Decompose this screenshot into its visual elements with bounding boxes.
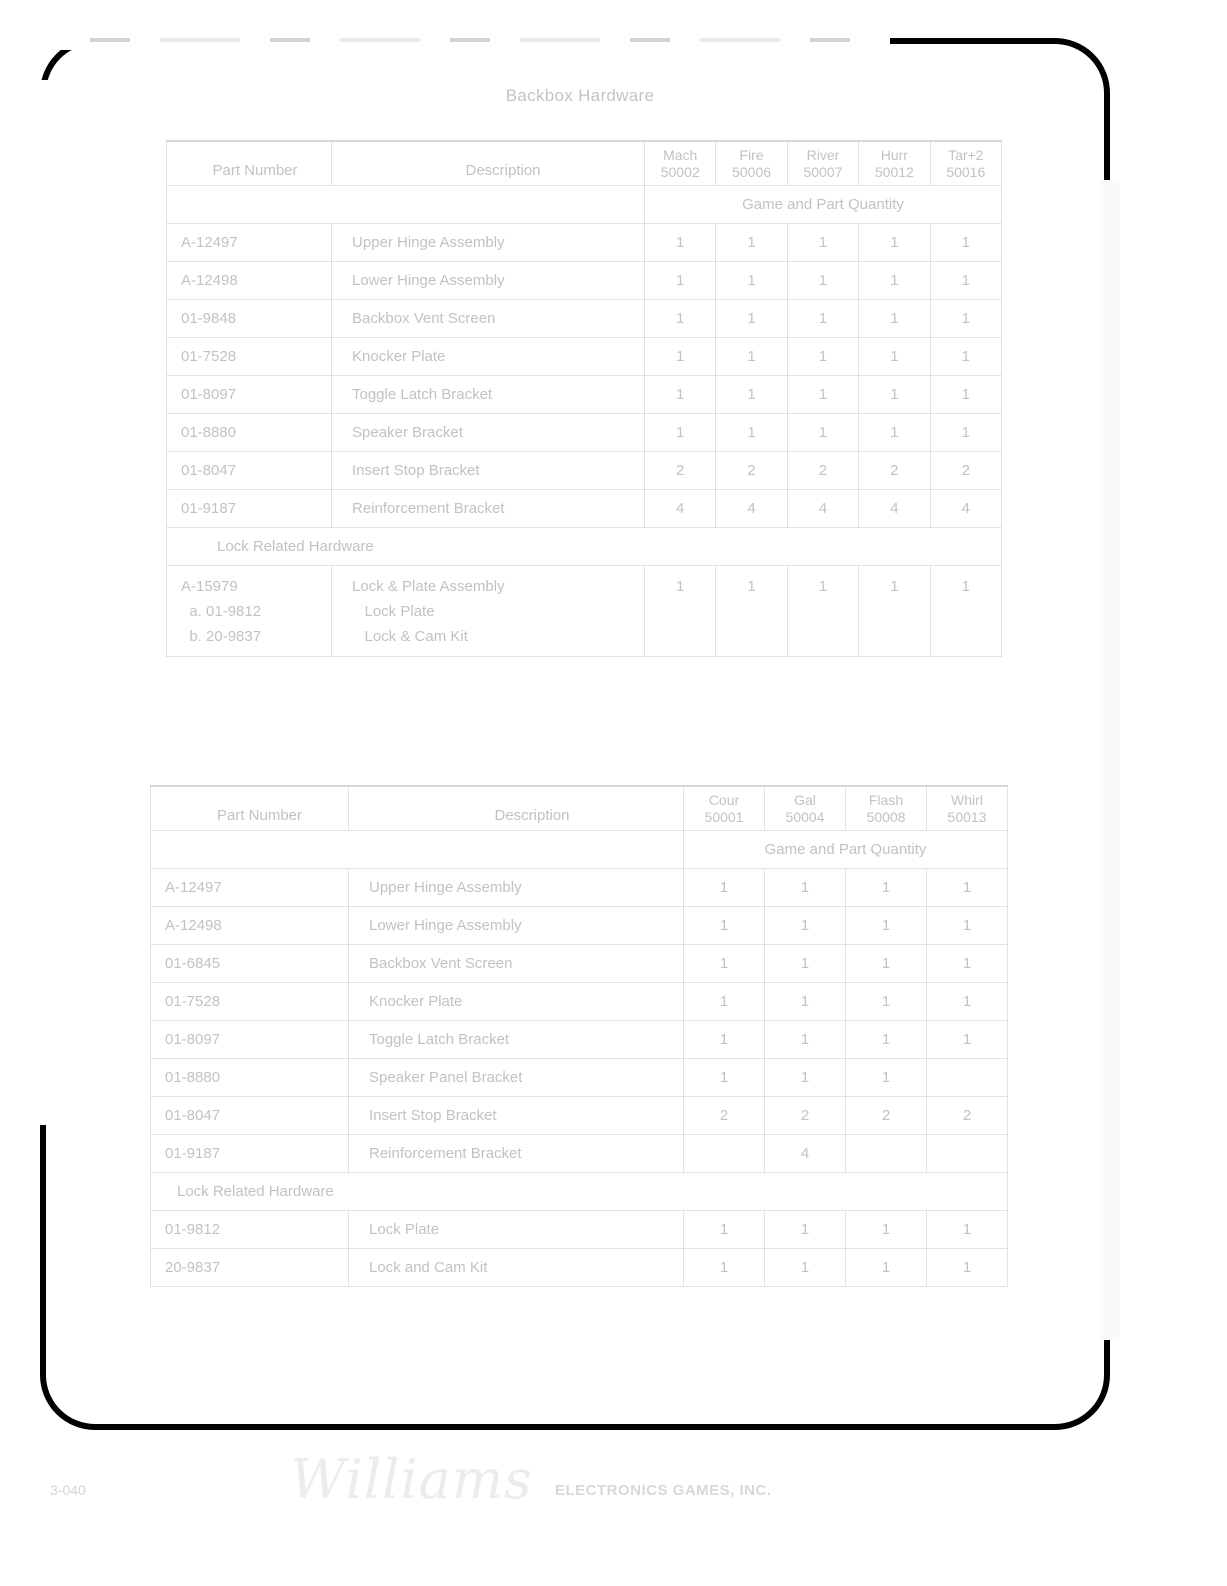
quantity-cell: 2 — [846, 1097, 927, 1135]
parts-table-2: Part Number Description Cour50001 Gal500… — [150, 785, 1008, 1287]
faded-border-right — [1100, 180, 1120, 1340]
quantity-cell: 1 — [859, 300, 930, 338]
quantity-cell: 1 — [930, 566, 1001, 657]
quantity-cell: 1 — [684, 869, 765, 907]
quantity-cell: 1 — [716, 414, 787, 452]
parts-table-1: Part Number Description Mach50002 Fire50… — [166, 140, 1002, 657]
quantity-cell: 1 — [765, 869, 846, 907]
part-number: 01-9187 — [151, 1135, 349, 1173]
part-description: Speaker Bracket — [332, 414, 645, 452]
part-description: Upper Hinge Assembly — [332, 224, 645, 262]
column-header-model: Hurr50012 — [859, 141, 930, 186]
part-number: A-12497 — [151, 869, 349, 907]
quantity-cell: 1 — [684, 1211, 765, 1249]
quantity-cell: 2 — [765, 1097, 846, 1135]
table-row: 01-8097Toggle Latch Bracket11111 — [167, 376, 1002, 414]
quantity-cell: 1 — [930, 300, 1001, 338]
subheader-row: Game and Part Quantity — [151, 831, 1008, 869]
quantity-cell: 4 — [930, 490, 1001, 528]
subheader-row: Game and Part Quantity — [167, 186, 1002, 224]
quantity-cell: 1 — [930, 376, 1001, 414]
section-row: Lock Related Hardware — [167, 528, 1002, 566]
column-header-part-number: Part Number — [167, 141, 332, 186]
faded-border-left — [30, 80, 50, 1125]
quantity-cell: 1 — [859, 224, 930, 262]
subheader-quantity: Game and Part Quantity — [645, 186, 1002, 224]
part-number: A-12498 — [167, 262, 332, 300]
column-header-part-number: Part Number — [151, 786, 349, 831]
quantity-cell: 1 — [787, 414, 858, 452]
part-description: Toggle Latch Bracket — [349, 1021, 684, 1059]
part-description: Upper Hinge Assembly — [349, 869, 684, 907]
quantity-cell: 1 — [859, 262, 930, 300]
quantity-cell: 1 — [927, 1249, 1008, 1287]
part-description: Backbox Vent Screen — [332, 300, 645, 338]
quantity-cell: 1 — [716, 300, 787, 338]
quantity-cell: 1 — [930, 262, 1001, 300]
quantity-cell: 1 — [684, 983, 765, 1021]
table-row: 01-8880Speaker Bracket11111 — [167, 414, 1002, 452]
part-description: Backbox Vent Screen — [349, 945, 684, 983]
part-number: 01-8097 — [167, 376, 332, 414]
quantity-cell: 1 — [846, 983, 927, 1021]
part-number: 01-8097 — [151, 1021, 349, 1059]
quantity-cell: 1 — [787, 262, 858, 300]
part-number: 01-8880 — [151, 1059, 349, 1097]
quantity-cell: 1 — [765, 983, 846, 1021]
page-title: Backbox Hardware — [0, 86, 1160, 106]
quantity-cell: 1 — [787, 300, 858, 338]
column-header-model: Flash50008 — [846, 786, 927, 831]
quantity-cell: 1 — [846, 1059, 927, 1097]
column-header-model: Fire50006 — [716, 141, 787, 186]
part-number: 01-8047 — [167, 452, 332, 490]
quantity-cell: 1 — [684, 1059, 765, 1097]
part-number: 01-8047 — [151, 1097, 349, 1135]
quantity-cell: 1 — [927, 907, 1008, 945]
table-row: 01-9187Reinforcement Bracket44444 — [167, 490, 1002, 528]
quantity-cell: 1 — [645, 376, 716, 414]
part-number: A-15979 a. 01-9812 b. 20-9837 — [167, 566, 332, 657]
quantity-cell: 1 — [765, 1249, 846, 1287]
column-header-model: Gal50004 — [765, 786, 846, 831]
part-description: Insert Stop Bracket — [349, 1097, 684, 1135]
part-description: Speaker Panel Bracket — [349, 1059, 684, 1097]
part-number: 01-9187 — [167, 490, 332, 528]
quantity-cell: 1 — [684, 1021, 765, 1059]
quantity-cell: 1 — [927, 869, 1008, 907]
part-description: Lower Hinge Assembly — [332, 262, 645, 300]
quantity-cell: 2 — [930, 452, 1001, 490]
table-row: 01-7528Knocker Plate1111 — [151, 983, 1008, 1021]
quantity-cell: 1 — [930, 414, 1001, 452]
quantity-cell: 1 — [645, 566, 716, 657]
part-number: 01-9848 — [167, 300, 332, 338]
table-row: A-15979 a. 01-9812 b. 20-9837Lock & Plat… — [167, 566, 1002, 657]
quantity-cell: 2 — [859, 452, 930, 490]
quantity-cell: 1 — [684, 907, 765, 945]
part-number: A-12498 — [151, 907, 349, 945]
quantity-cell: 2 — [787, 452, 858, 490]
quantity-cell — [927, 1059, 1008, 1097]
section-row: Lock Related Hardware — [151, 1173, 1008, 1211]
table-row: 01-8047Insert Stop Bracket22222 — [167, 452, 1002, 490]
column-header-model: Mach50002 — [645, 141, 716, 186]
table-header-row: Part Number Description Cour50001 Gal500… — [151, 786, 1008, 831]
section-heading: Lock Related Hardware — [151, 1173, 1008, 1211]
column-header-model: Whirl50013 — [927, 786, 1008, 831]
quantity-cell: 1 — [716, 338, 787, 376]
part-number: 01-7528 — [151, 983, 349, 1021]
table-row: 01-9848Backbox Vent Screen11111 — [167, 300, 1002, 338]
quantity-cell: 1 — [765, 907, 846, 945]
quantity-cell: 1 — [787, 566, 858, 657]
quantity-cell: 1 — [645, 224, 716, 262]
quantity-cell: 1 — [930, 224, 1001, 262]
quantity-cell — [927, 1135, 1008, 1173]
quantity-cell: 1 — [927, 983, 1008, 1021]
column-header-model: Tar+250016 — [930, 141, 1001, 186]
quantity-cell: 1 — [645, 300, 716, 338]
quantity-cell: 4 — [765, 1135, 846, 1173]
quantity-cell: 1 — [787, 224, 858, 262]
quantity-cell: 1 — [645, 338, 716, 376]
section-heading: Lock Related Hardware — [167, 528, 1002, 566]
quantity-cell: 1 — [846, 1021, 927, 1059]
quantity-cell: 1 — [765, 1059, 846, 1097]
quantity-cell: 1 — [645, 262, 716, 300]
quantity-cell: 1 — [716, 376, 787, 414]
part-number: 01-8880 — [167, 414, 332, 452]
quantity-cell: 1 — [787, 338, 858, 376]
quantity-cell: 1 — [787, 376, 858, 414]
table-row: 01-8097Toggle Latch Bracket1111 — [151, 1021, 1008, 1059]
quantity-cell: 1 — [846, 1249, 927, 1287]
quantity-cell: 1 — [645, 414, 716, 452]
quantity-cell: 1 — [846, 1211, 927, 1249]
part-number: 20-9837 — [151, 1249, 349, 1287]
quantity-cell: 2 — [645, 452, 716, 490]
part-description: Lock and Cam Kit — [349, 1249, 684, 1287]
part-number: 01-7528 — [167, 338, 332, 376]
column-header-description: Description — [332, 141, 645, 186]
quantity-cell: 1 — [927, 1211, 1008, 1249]
quantity-cell: 4 — [645, 490, 716, 528]
quantity-cell: 1 — [684, 945, 765, 983]
table-row: A-12498Lower Hinge Assembly1111 — [151, 907, 1008, 945]
quantity-cell: 1 — [716, 262, 787, 300]
table-row: 01-9812Lock Plate1111 — [151, 1211, 1008, 1249]
quantity-cell: 1 — [927, 945, 1008, 983]
table-row: 01-6845Backbox Vent Screen1111 — [151, 945, 1008, 983]
column-header-model: Cour50001 — [684, 786, 765, 831]
part-description: Insert Stop Bracket — [332, 452, 645, 490]
quantity-cell: 2 — [927, 1097, 1008, 1135]
quantity-cell: 1 — [930, 338, 1001, 376]
quantity-cell: 4 — [859, 490, 930, 528]
quantity-cell: 1 — [684, 1249, 765, 1287]
subheader-quantity: Game and Part Quantity — [684, 831, 1008, 869]
column-header-description: Description — [349, 786, 684, 831]
quantity-cell: 1 — [846, 945, 927, 983]
quantity-cell: 1 — [859, 338, 930, 376]
part-number: 01-9812 — [151, 1211, 349, 1249]
quantity-cell: 4 — [787, 490, 858, 528]
table-row: 20-9837Lock and Cam Kit1111 — [151, 1249, 1008, 1287]
company-name: ELECTRONICS GAMES, INC. — [555, 1482, 772, 1499]
quantity-cell: 1 — [859, 566, 930, 657]
table-row: 01-9187Reinforcement Bracket4 — [151, 1135, 1008, 1173]
quantity-cell — [846, 1135, 927, 1173]
part-description: Toggle Latch Bracket — [332, 376, 645, 414]
quantity-cell: 1 — [859, 414, 930, 452]
part-number: 01-6845 — [151, 945, 349, 983]
quantity-cell: 2 — [716, 452, 787, 490]
table-row: A-12497Upper Hinge Assembly11111 — [167, 224, 1002, 262]
part-description: Lower Hinge Assembly — [349, 907, 684, 945]
quantity-cell: 1 — [765, 1021, 846, 1059]
quantity-cell: 1 — [927, 1021, 1008, 1059]
part-description: Reinforcement Bracket — [349, 1135, 684, 1173]
part-description: Reinforcement Bracket — [332, 490, 645, 528]
quantity-cell — [684, 1135, 765, 1173]
table-row: 01-8880Speaker Panel Bracket111 — [151, 1059, 1008, 1097]
quantity-cell: 1 — [846, 907, 927, 945]
table-row: A-12498Lower Hinge Assembly11111 — [167, 262, 1002, 300]
quantity-cell: 1 — [765, 945, 846, 983]
part-description: Knocker Plate — [332, 338, 645, 376]
part-description: Knocker Plate — [349, 983, 684, 1021]
quantity-cell: 4 — [716, 490, 787, 528]
part-description: Lock & Plate Assembly Lock Plate Lock & … — [332, 566, 645, 657]
part-number: A-12497 — [167, 224, 332, 262]
table-row: A-12497Upper Hinge Assembly1111 — [151, 869, 1008, 907]
quantity-cell: 1 — [859, 376, 930, 414]
williams-logo: Williams — [290, 1448, 533, 1511]
table-row: 01-8047Insert Stop Bracket2222 — [151, 1097, 1008, 1135]
quantity-cell: 1 — [765, 1211, 846, 1249]
quantity-cell: 1 — [846, 869, 927, 907]
table-header-row: Part Number Description Mach50002 Fire50… — [167, 141, 1002, 186]
page-number: 3-040 — [50, 1482, 86, 1498]
part-description: Lock Plate — [349, 1211, 684, 1249]
page-footer: 3-040 Williams ELECTRONICS GAMES, INC. — [0, 1440, 1227, 1540]
column-header-model: River50007 — [787, 141, 858, 186]
quantity-cell: 1 — [716, 566, 787, 657]
faint-scan-line — [90, 38, 880, 42]
quantity-cell: 2 — [684, 1097, 765, 1135]
quantity-cell: 1 — [716, 224, 787, 262]
table-row: 01-7528Knocker Plate11111 — [167, 338, 1002, 376]
